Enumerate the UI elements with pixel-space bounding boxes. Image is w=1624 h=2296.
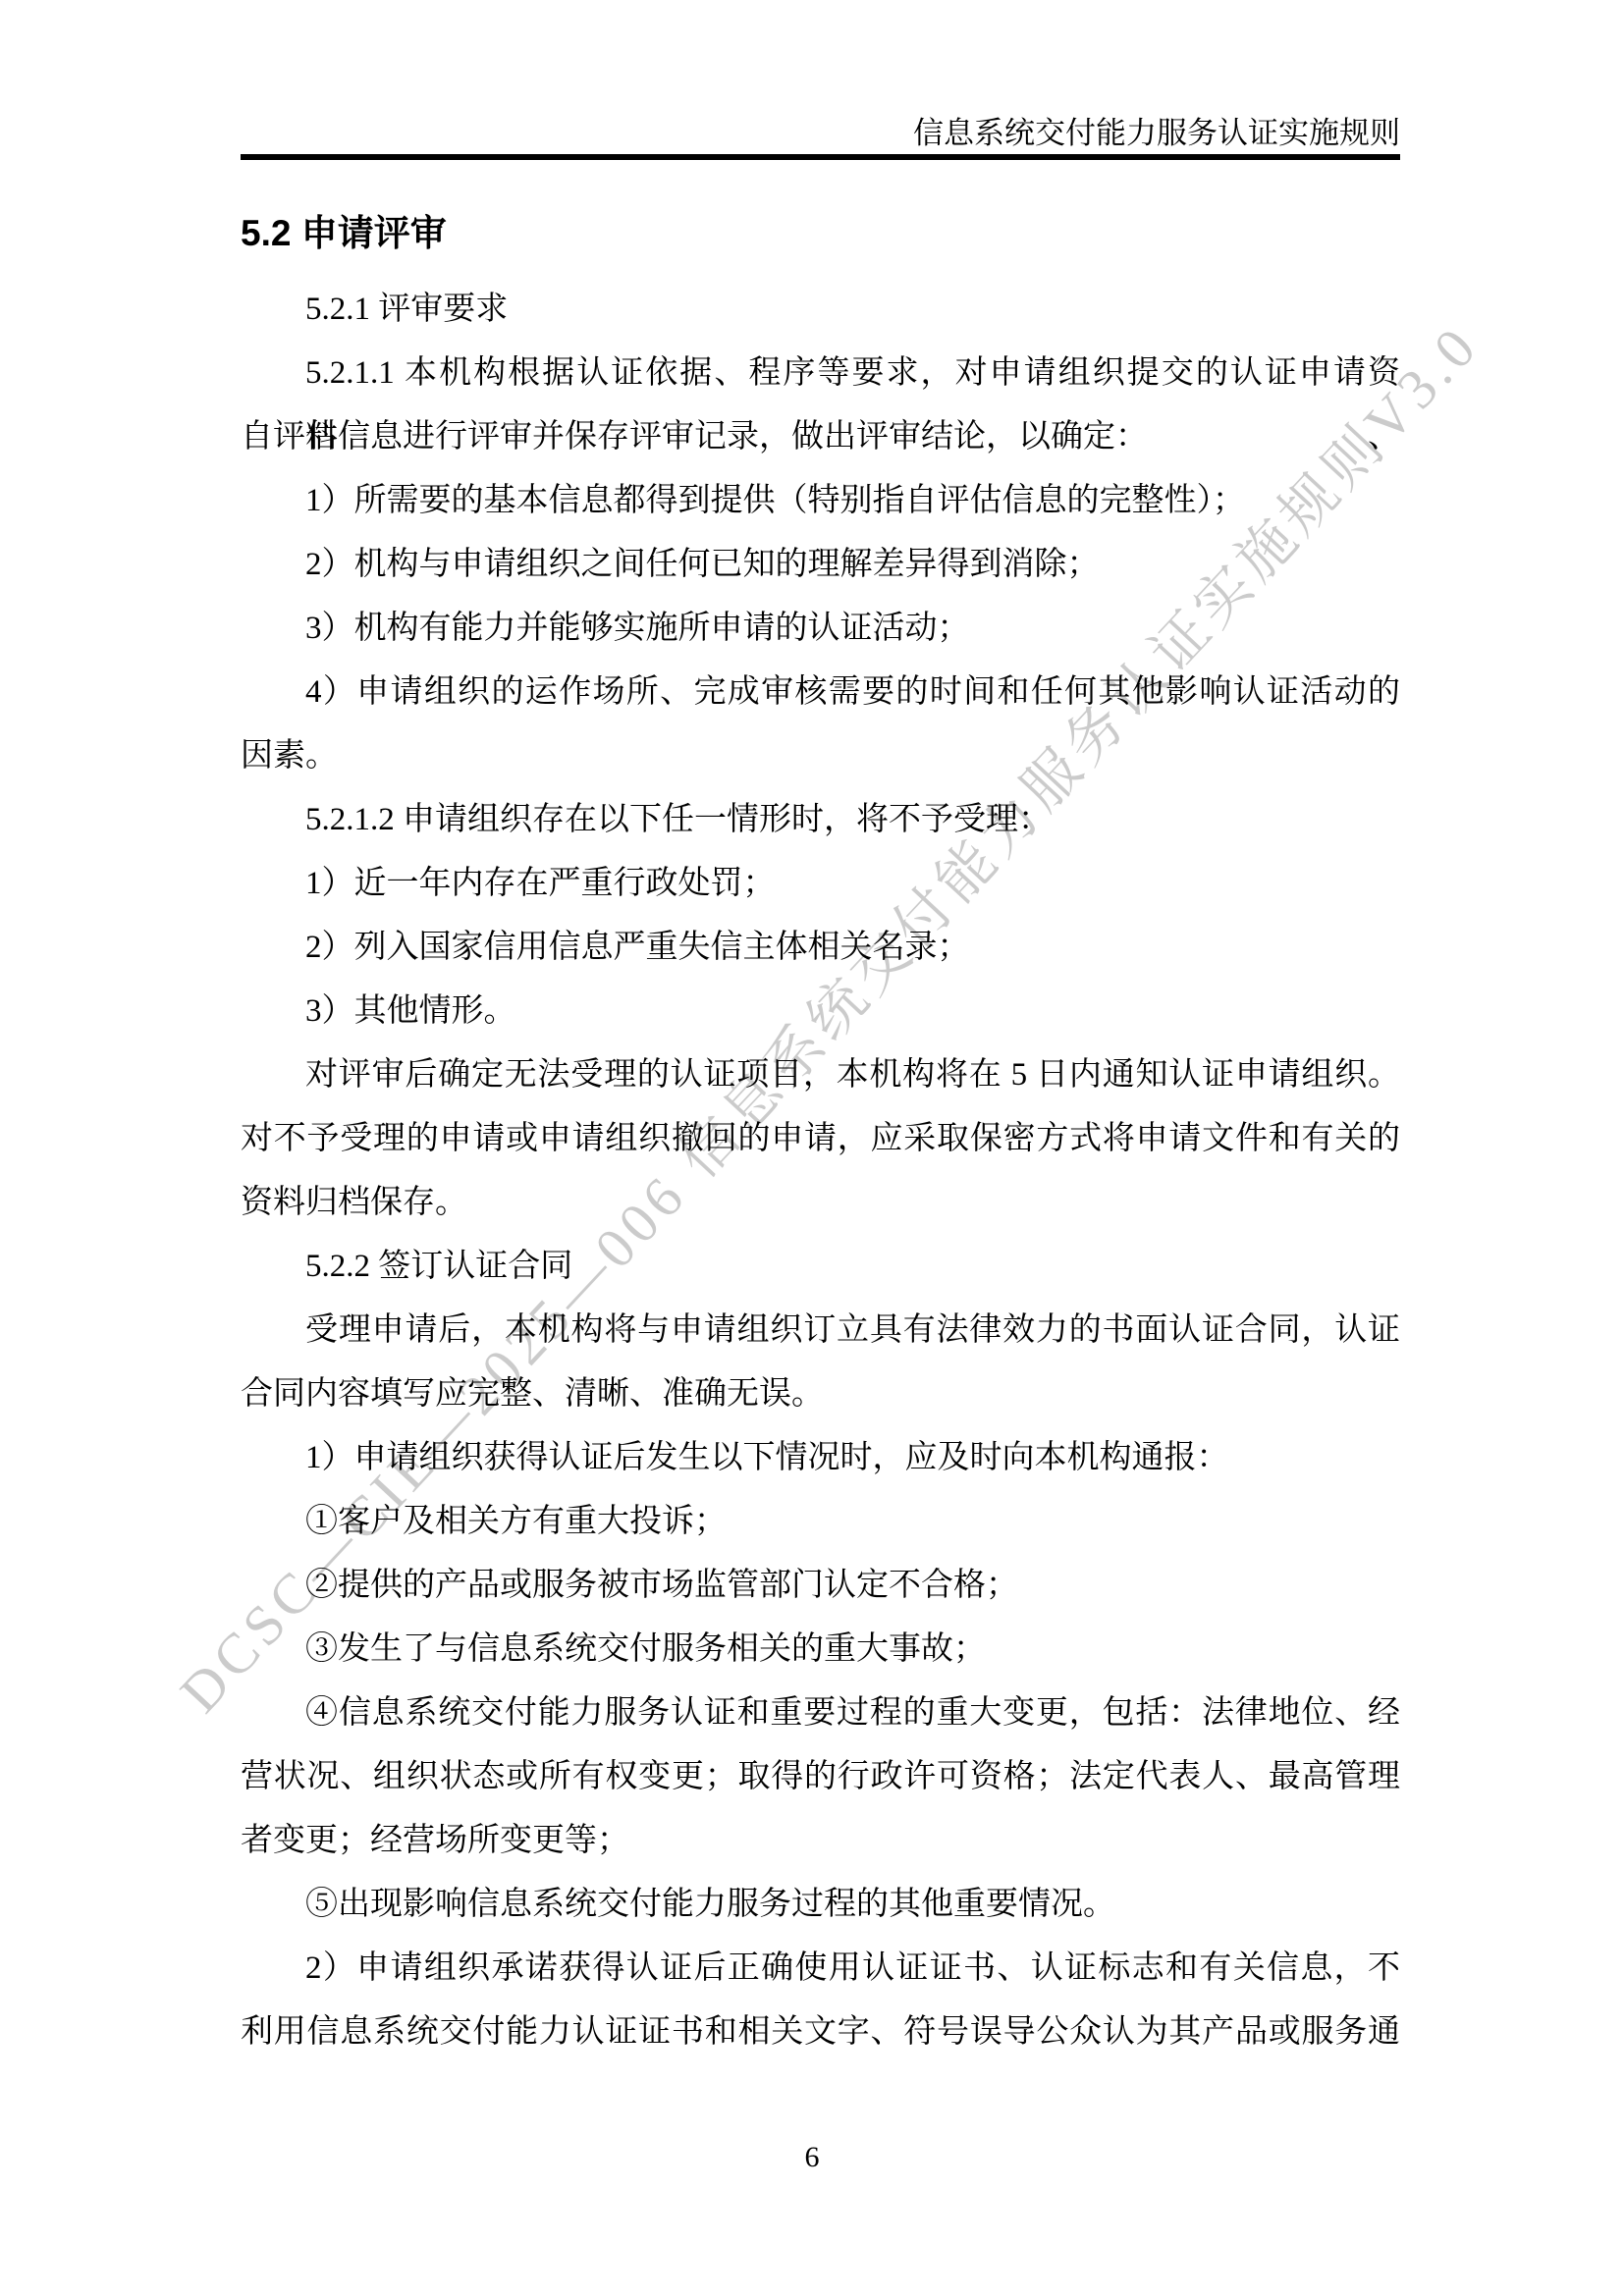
page-number: 6 bbox=[0, 2138, 1624, 2177]
body-line: 对不予受理的申请或申请组织撤回的申请，应采取保密方式将申请文件和有关的 bbox=[241, 1107, 1400, 1171]
body-line: 4）申请组织的运作场所、完成审核需要的时间和任何其他影响认证活动的 bbox=[241, 661, 1400, 724]
page-header-title: 信息系统交付能力服务认证实施规则 bbox=[913, 114, 1400, 153]
body-line: 1）申请组织获得认证后发生以下情况时，应及时向本机构通报： bbox=[241, 1426, 1400, 1490]
document-page: DCSC—CIE—2025—006 信息系统交付能力服务认证实施规则V3.0 信… bbox=[0, 0, 1624, 2296]
body-line: 3）其他情形。 bbox=[241, 980, 1400, 1043]
body-line: 2）机构与申请组织之间任何已知的理解差异得到消除； bbox=[241, 533, 1400, 597]
body-line: 合同内容填写应完整、清晰、准确无误。 bbox=[241, 1362, 1400, 1426]
body-line: 1）近一年内存在严重行政处罚； bbox=[241, 852, 1400, 916]
body-line: ⑤出现影响信息系统交付能力服务过程的其他重要情况。 bbox=[241, 1873, 1400, 1937]
body-line: 资料归档保存。 bbox=[241, 1171, 1400, 1235]
body-line: 1）所需要的基本信息都得到提供（特别指自评估信息的完整性）； bbox=[241, 469, 1400, 533]
document-body: 5.2.1 评审要求 5.2.1.1 本机构根据认证依据、程序等要求，对申请组织… bbox=[241, 278, 1400, 2064]
body-line: 2）申请组织承诺获得认证后正确使用认证证书、认证标志和有关信息，不 bbox=[241, 1937, 1400, 2001]
body-line: 5.2.2 签订认证合同 bbox=[241, 1235, 1400, 1299]
body-line: 5.2.1 评审要求 bbox=[241, 278, 1400, 342]
body-line: 者变更；经营场所变更等； bbox=[241, 1809, 1400, 1873]
body-line: 营状况、组织状态或所有权变更；取得的行政许可资格；法定代表人、最高管理 bbox=[241, 1745, 1400, 1809]
body-line: ①客户及相关方有重大投诉； bbox=[241, 1490, 1400, 1554]
body-line: 受理申请后，本机构将与申请组织订立具有法律效力的书面认证合同，认证 bbox=[241, 1299, 1400, 1362]
body-line: 因素。 bbox=[241, 724, 1400, 788]
header-rule-line bbox=[241, 154, 1400, 160]
body-line: 对评审后确定无法受理的认证项目，本机构将在 5 日内通知认证申请组织。 bbox=[241, 1043, 1400, 1107]
body-line: ②提供的产品或服务被市场监管部门认定不合格； bbox=[241, 1554, 1400, 1618]
body-line: ④信息系统交付能力服务认证和重要过程的重大变更，包括：法律地位、经 bbox=[241, 1682, 1400, 1745]
body-line: ③发生了与信息系统交付服务相关的重大事故； bbox=[241, 1618, 1400, 1682]
body-line: 利用信息系统交付能力认证证书和相关文字、符号误导公众认为其产品或服务通 bbox=[241, 2001, 1400, 2064]
body-line: 5.2.1.2 申请组织存在以下任一情形时，将不予受理： bbox=[241, 788, 1400, 852]
body-line: 2）列入国家信用信息严重失信主体相关名录； bbox=[241, 916, 1400, 980]
section-heading-5-2: 5.2 申请评审 bbox=[241, 201, 447, 265]
body-line: 5.2.1.1 本机构根据认证依据、程序等要求，对申请组织提交的认证申请资料、 bbox=[241, 342, 1400, 405]
body-line: 3）机构有能力并能够实施所申请的认证活动； bbox=[241, 597, 1400, 661]
